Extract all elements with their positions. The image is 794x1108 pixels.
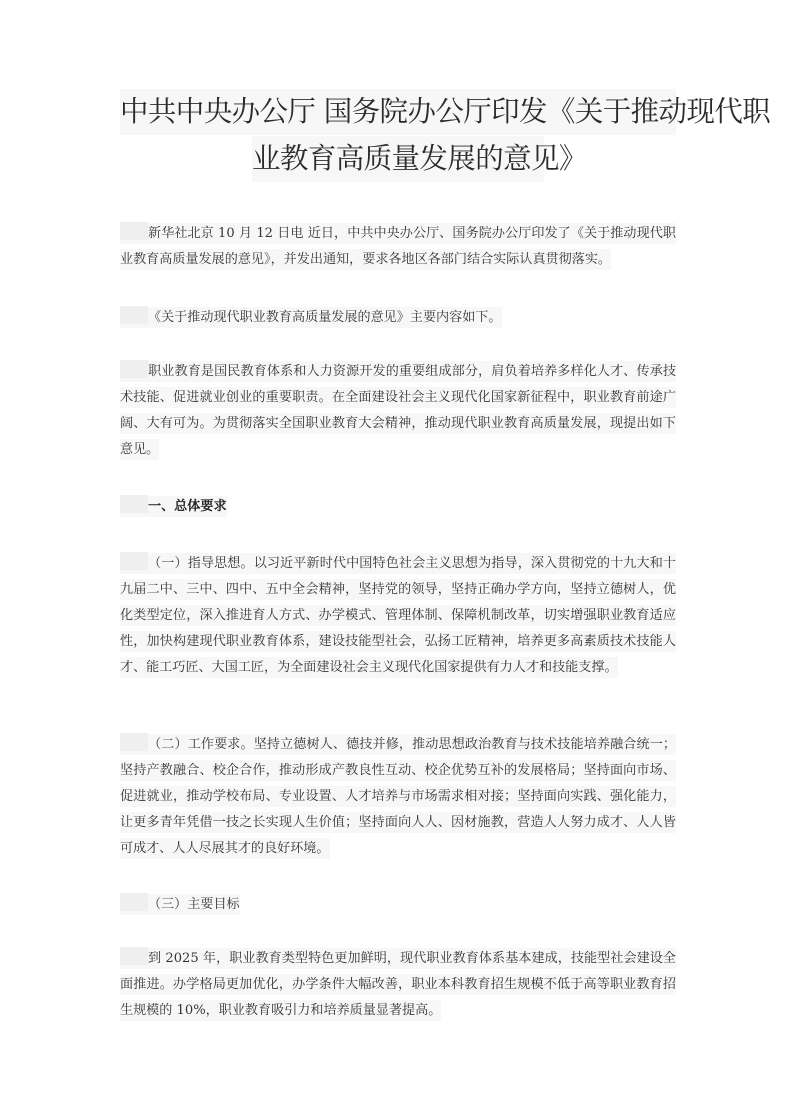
title-line-1: 中共中央办公厅 国务院办公厅印发《关于推动现代职	[120, 89, 676, 135]
subsection-heading-main-goals: （三）主要目标	[120, 892, 676, 918]
indent-block	[120, 306, 148, 324]
paragraph-guiding-thought: （一）指导思想。以习近平新时代中国特色社会主义思想为指导，深入贯彻党的十九大和十…	[120, 551, 676, 681]
indent-block	[120, 947, 148, 965]
paragraph-intro: 新华社北京 10 月 12 日电 近日，中共中央办公厅、国务院办公厅印发了《关于…	[120, 221, 676, 273]
indent-block	[120, 733, 148, 751]
indent-block	[120, 552, 148, 570]
indent-block	[120, 893, 148, 911]
section-heading-general-requirements: 一、总体要求	[120, 494, 676, 520]
document-title: 中共中央办公厅 国务院办公厅印发《关于推动现代职 业教育高质量发展的意见》	[120, 89, 676, 182]
paragraph-work-requirements: （二）工作要求。坚持立德树人、德技并修，推动思想政治教育与技术技能培养融合统一；…	[120, 732, 676, 862]
indent-block	[120, 222, 148, 240]
paragraph-summary: 《关于推动现代职业教育高质量发展的意见》主要内容如下。	[120, 305, 676, 331]
paragraph-main-goals: 到 2025 年，职业教育类型特色更加鲜明，现代职业教育体系基本建成，技能型社会…	[120, 946, 676, 1024]
indent-block	[120, 360, 148, 378]
title-line-2: 业教育高质量发展的意见》	[252, 136, 544, 182]
paragraph-preamble: 职业教育是国民教育体系和人力资源开发的重要组成部分，肩负着培养多样化人才、传承技…	[120, 359, 676, 463]
indent-block	[120, 495, 148, 513]
